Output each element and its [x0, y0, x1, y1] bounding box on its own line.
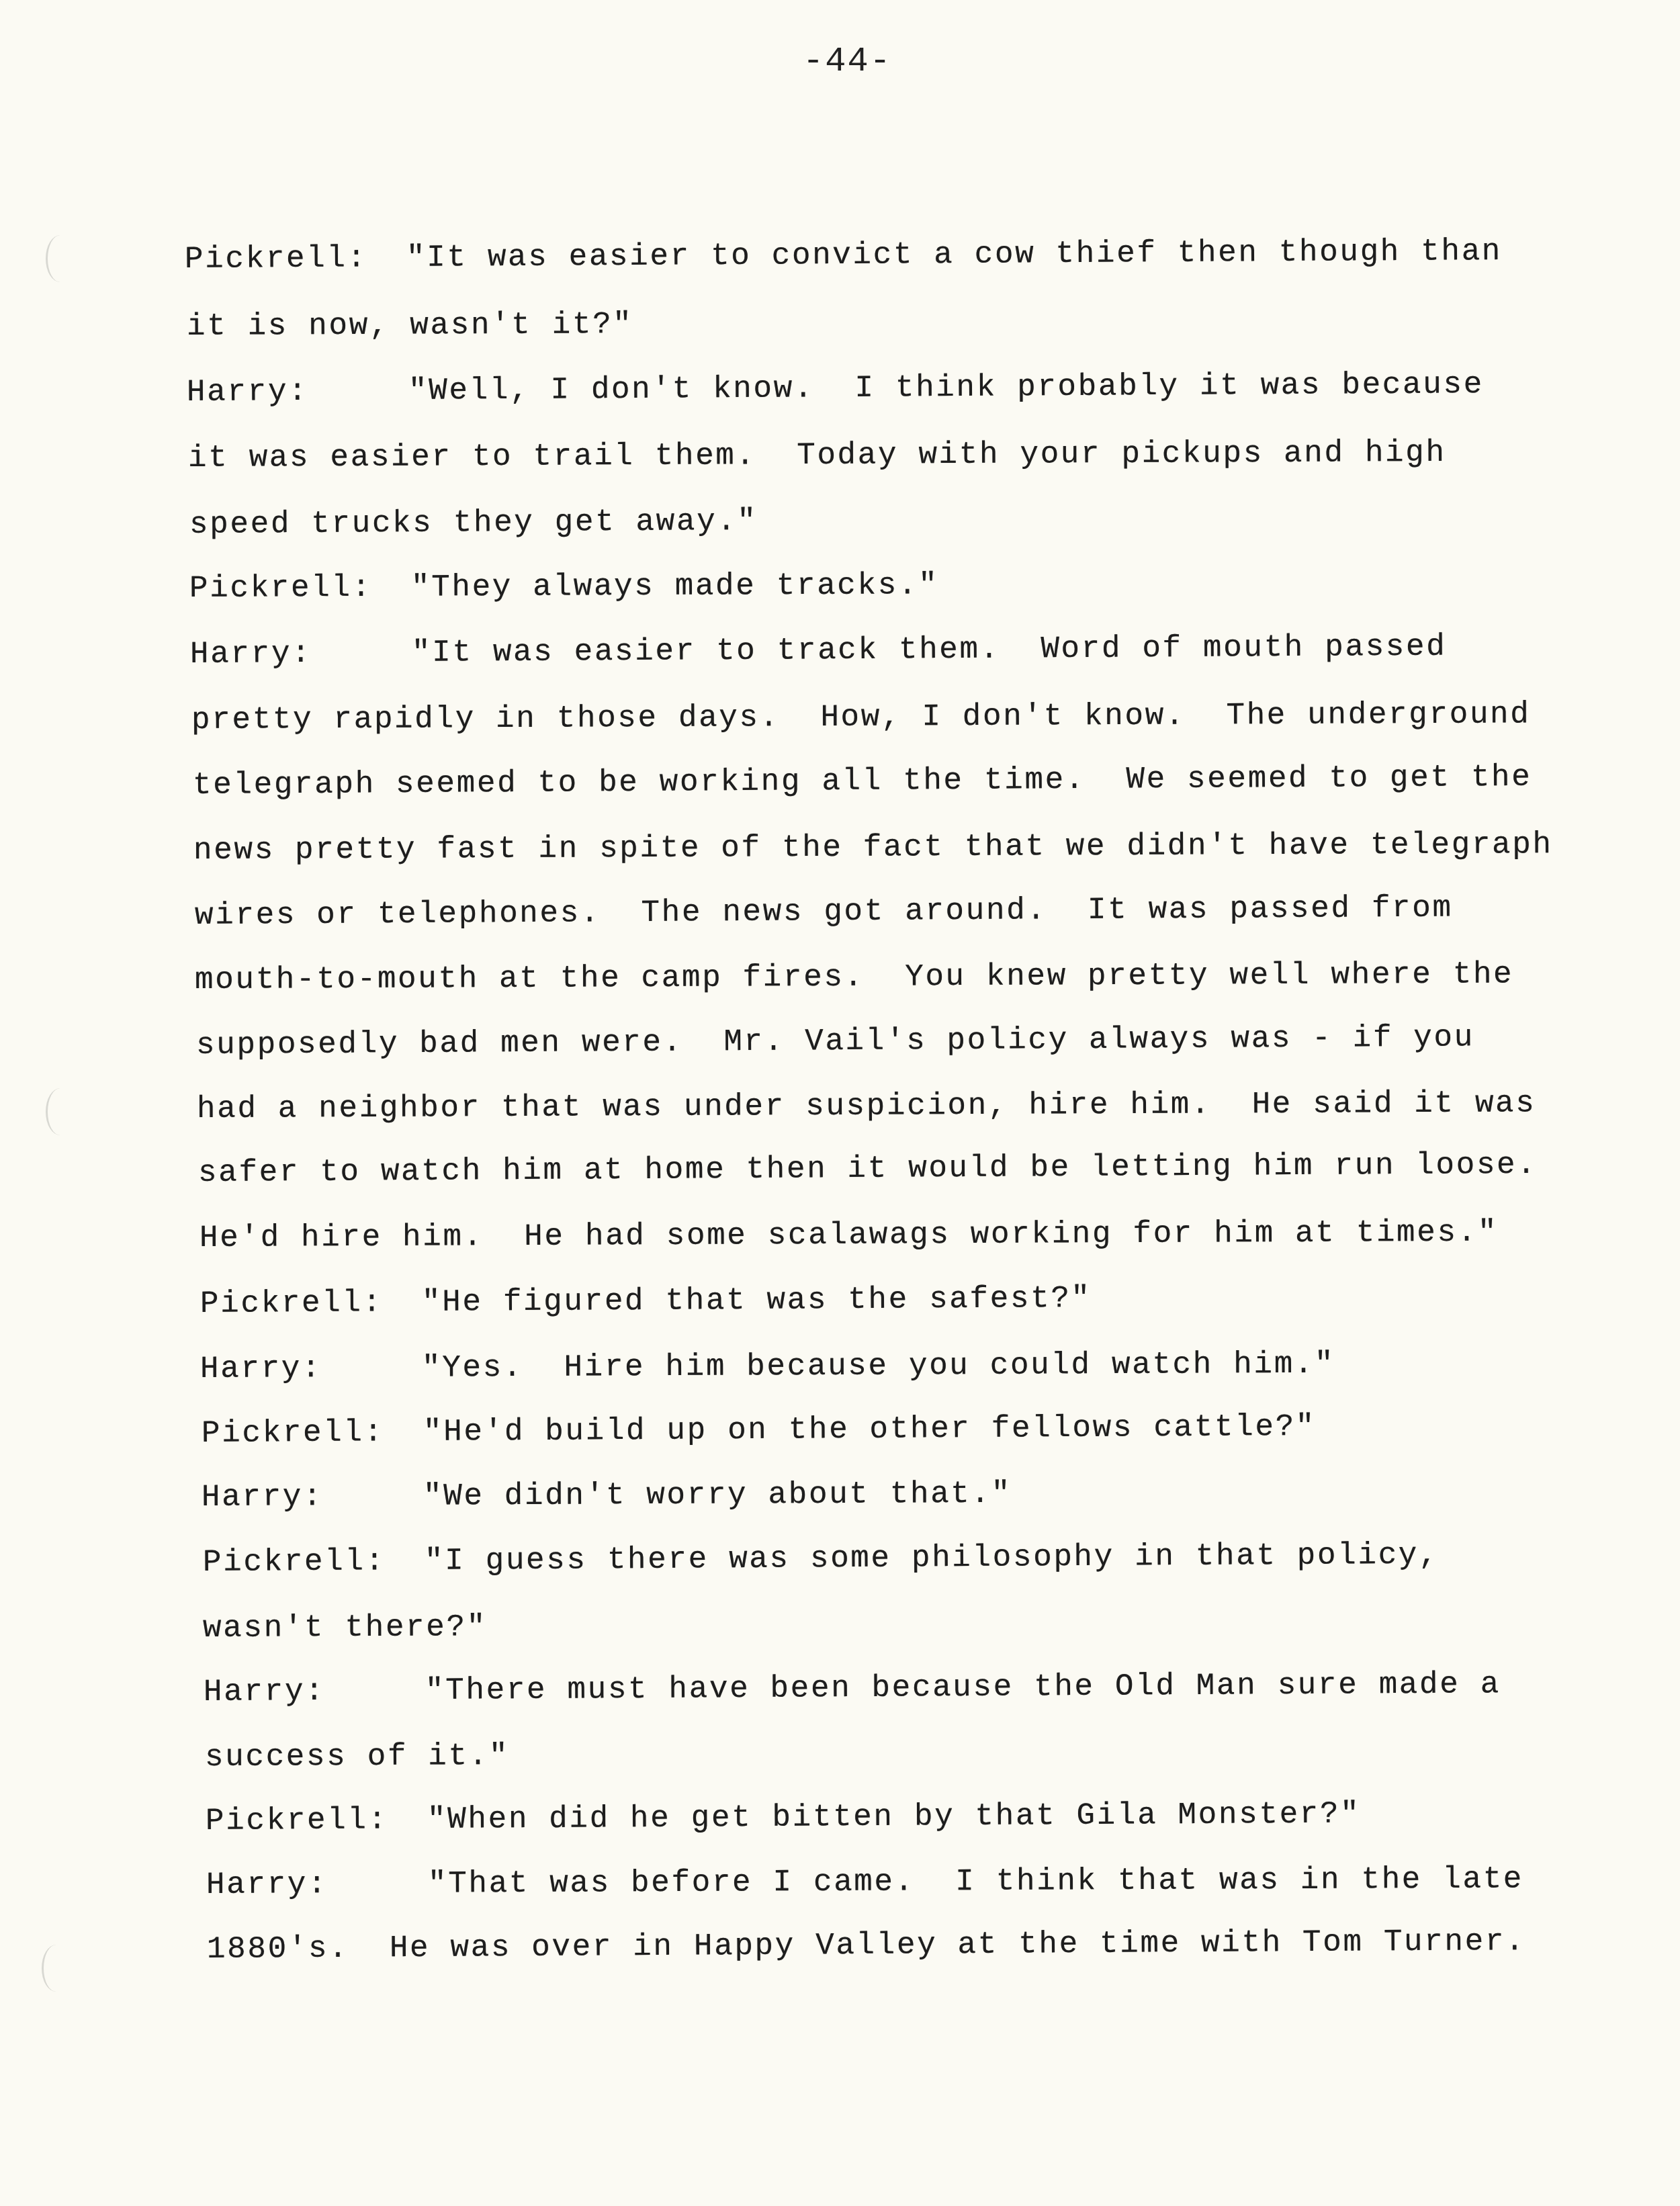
transcript-line: He'd hire him. He had some scalawags wor… — [200, 1215, 1498, 1255]
line-text: "They always made tracks." — [411, 568, 939, 605]
line-text: telegraph seemed to be working all the t… — [193, 760, 1532, 803]
line-text: success of it." — [205, 1738, 509, 1775]
line-text: wires or telephones. The news got around… — [195, 891, 1453, 933]
transcript-line: had a neighbor that was under suspicion,… — [197, 1086, 1536, 1127]
transcript-line: it is now, wasn't it?" — [187, 307, 633, 344]
speaker-label: Pickrell: — [202, 1415, 423, 1451]
transcript-line: Harry:"Well, I don't know. I think proba… — [187, 367, 1484, 410]
transcript-line: 1880's. He was over in Happy Valley at t… — [207, 1924, 1526, 1967]
page-number: -44- — [803, 42, 892, 81]
transcript-line: Harry:"That was before I came. I think t… — [206, 1861, 1523, 1902]
transcript-line: Pickrell:"When did he get bitten by that… — [206, 1796, 1361, 1839]
line-text: "It was easier to convict a cow thief th… — [406, 234, 1502, 275]
speaker-label: Harry: — [204, 1673, 425, 1710]
transcript-line: Pickrell:"He'd build up on the other fel… — [202, 1409, 1316, 1451]
line-text: "When did he get bitten by that Gila Mon… — [427, 1796, 1361, 1837]
line-text: "He'd build up on the other fellows catt… — [423, 1409, 1316, 1450]
speaker-label: Harry: — [190, 635, 412, 672]
line-text: had a neighbor that was under suspicion,… — [197, 1086, 1536, 1127]
line-text: news pretty fast in spite of the fact th… — [193, 827, 1553, 868]
transcript-line: wasn't there?" — [203, 1609, 487, 1646]
line-text: mouth-to-mouth at the camp fires. You kn… — [195, 957, 1514, 998]
transcript-line: mouth-to-mouth at the camp fires. You kn… — [195, 957, 1514, 998]
transcript-line: speed trucks they get away." — [189, 504, 758, 542]
speaker-label: Pickrell: — [200, 1285, 422, 1321]
transcript-line: safer to watch him at home then it would… — [198, 1147, 1538, 1190]
line-text: "He figured that was the safest?" — [422, 1281, 1092, 1320]
line-text: He'd hire him. He had some scalawags wor… — [200, 1215, 1498, 1255]
line-text: "We didn't worry about that." — [423, 1476, 1012, 1514]
line-text: supposedly bad men were. Mr. Vail's poli… — [196, 1020, 1474, 1063]
line-text: it is now, wasn't it?" — [187, 307, 633, 344]
speaker-label: Harry: — [187, 373, 408, 410]
speaker-label: Harry: — [206, 1867, 428, 1902]
line-text: "I guess there was some philosophy in th… — [425, 1538, 1440, 1579]
transcript-line: news pretty fast in spite of the fact th… — [193, 827, 1553, 868]
transcript-line: Pickrell:"I guess there was some philoso… — [203, 1538, 1440, 1580]
line-text: "That was before I came. I think that wa… — [428, 1861, 1523, 1901]
line-text: safer to watch him at home then it would… — [198, 1147, 1538, 1190]
line-text: speed trucks they get away." — [189, 504, 758, 542]
line-text: "It was easier to track them. Word of mo… — [412, 629, 1447, 670]
transcript-line: Harry:"We didn't worry about that." — [202, 1476, 1012, 1515]
transcript-line: Harry:"It was easier to track them. Word… — [190, 629, 1447, 672]
speaker-label: Pickrell: — [206, 1802, 427, 1839]
speaker-label: Pickrell: — [185, 240, 406, 277]
transcript-line: Pickrell:"He figured that was the safest… — [200, 1281, 1092, 1321]
transcript-line: Harry:"There must have been because the … — [204, 1667, 1501, 1710]
transcript-line: telegraph seemed to be working all the t… — [193, 760, 1532, 803]
transcript-line: success of it." — [205, 1738, 509, 1775]
speaker-label: Harry: — [200, 1351, 422, 1386]
transcript-line: pretty rapidly in those days. How, I don… — [191, 697, 1531, 738]
transcript-line: Pickrell:"They always made tracks." — [189, 568, 939, 606]
line-text: pretty rapidly in those days. How, I don… — [191, 697, 1531, 738]
line-text: 1880's. He was over in Happy Valley at t… — [207, 1924, 1526, 1967]
transcript-line: it was easier to trail them. Today with … — [188, 435, 1446, 476]
line-text: it was easier to trail them. Today with … — [188, 435, 1446, 476]
line-text: "Yes. Hire him because you could watch h… — [422, 1347, 1335, 1386]
line-text: "There must have been because the Old Ma… — [425, 1667, 1501, 1708]
speaker-label: Pickrell: — [189, 570, 411, 606]
transcript-line: Harry:"Yes. Hire him because you could w… — [200, 1347, 1335, 1386]
speaker-label: Harry: — [202, 1479, 423, 1515]
transcript-line: wires or telephones. The news got around… — [195, 891, 1453, 933]
transcript-line: supposedly bad men were. Mr. Vail's poli… — [196, 1020, 1474, 1063]
punch-hole-mark — [42, 1945, 71, 1992]
punch-hole-mark — [46, 1088, 75, 1135]
transcript-line: Pickrell:"It was easier to convict a cow… — [185, 234, 1502, 277]
line-text: wasn't there?" — [203, 1609, 487, 1646]
speaker-label: Pickrell: — [203, 1544, 425, 1580]
line-text: "Well, I don't know. I think probably it… — [408, 367, 1484, 408]
punch-hole-mark — [46, 235, 75, 282]
